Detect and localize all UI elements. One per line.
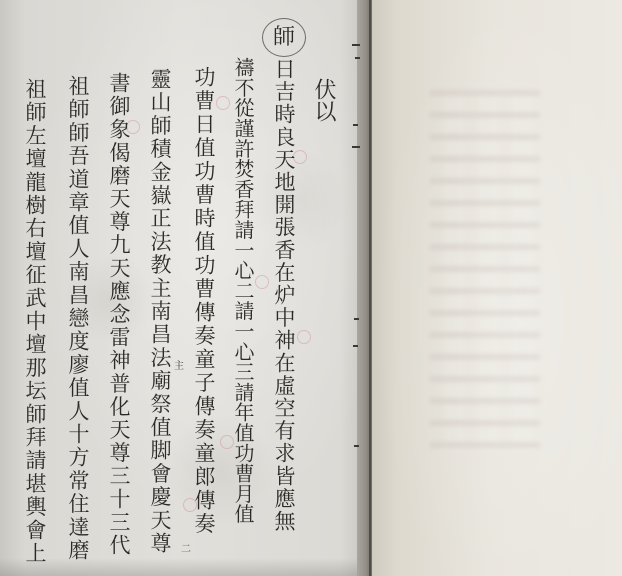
marginal-note: 主	[174, 362, 184, 372]
text-column-3: 禱不從謹許焚香拜請一心二請一心三請年值功曹月值	[233, 57, 253, 524]
text-column-2: 日吉時良天地開張香在炉中神在虛空有求皆應無	[273, 58, 294, 533]
text-column-5: 靈山師積金嶽正法教主南昌法廟祭值脚會慶天尊	[149, 68, 170, 555]
binding-stitch	[352, 146, 360, 148]
text-column-4: 功曹日值功曹時值功曹傳奏童子傳奏童郎傳奏	[193, 66, 214, 536]
binding-stitch	[353, 124, 358, 126]
text-column-8: 祖師左壇龍樹右壇征武中壇那坛師拜請堪輿會上	[24, 78, 45, 565]
ink-stain	[255, 275, 269, 289]
circled-character: 師	[262, 18, 306, 57]
left-manuscript-page	[0, 0, 357, 576]
bleed-through-text	[430, 90, 540, 450]
marginal-note: 二	[181, 545, 191, 555]
binding-stitch	[352, 44, 360, 46]
binding-stitch	[354, 445, 359, 447]
circled-char-text: 師	[273, 27, 295, 49]
text-column-7: 祖師師吾道章值人南昌戀度廖值人十方常住達磨	[67, 75, 88, 562]
binding-stitch	[353, 345, 358, 347]
text-column-opening: 伏以	[312, 78, 334, 122]
binding-stitch	[355, 57, 360, 59]
spine-edge	[369, 0, 371, 576]
ink-stain	[216, 96, 230, 110]
binding-stitch	[354, 318, 359, 320]
text-column-6: 書御象偈磨天尊九天應念雷神普化天尊三十三代	[108, 72, 129, 557]
ink-stain	[297, 330, 311, 344]
